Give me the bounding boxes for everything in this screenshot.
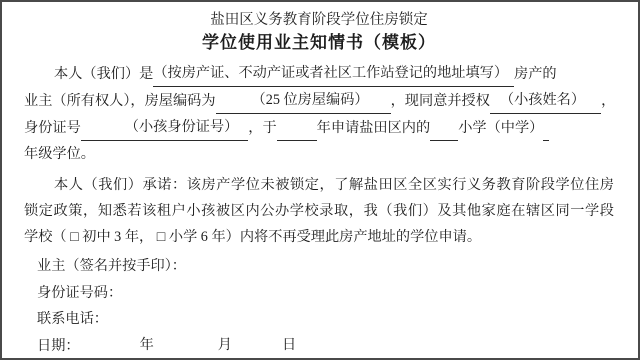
statement-text: 业主（所有权人），房屋编码为: [24, 88, 216, 114]
form-line: 业主（所有权人），房屋编码为 （25 位房屋编码） ，现同意并授权 （小孩姓名）…: [24, 87, 614, 114]
date-line: 日期： 年 月 日: [37, 333, 614, 360]
form-line: 身份证号 （小孩身份证号） ，于 年申请盐田区内的 小学（中学）: [24, 114, 614, 141]
year-label: 年: [140, 332, 154, 359]
date-fill-line: 年 月 日: [80, 338, 327, 359]
statement-text: ，于: [248, 115, 276, 141]
phone-label: 联系电话：: [37, 306, 614, 333]
child-id-hint: （小孩身份证号）: [125, 114, 239, 141]
blank-child-name-field: [490, 96, 500, 114]
day-label: 日: [282, 332, 296, 359]
blank-child-id-field: [81, 123, 125, 141]
blank-year-field: [277, 123, 317, 141]
form-line: 本人（我们）是 （按房产证、不动产证或者社区工作站登记的地址填写） 房产的: [24, 60, 614, 87]
form-line: 本人（我们）承诺：该房产学位未被锁定，了解盐田区全区实行义务教育阶段学位住房: [24, 172, 614, 198]
form-document: 盐田区义务教育阶段学位住房锁定 学位使用业主知情书（模板） 本人（我们）是 （按…: [0, 0, 640, 360]
form-line: 年级学位。: [24, 141, 614, 167]
statement-text: 初中 3 年，: [82, 229, 153, 245]
paragraph-owner-statement: 本人（我们）是 （按房产证、不动产证或者社区工作站登记的地址填写） 房产的 业主…: [24, 60, 614, 167]
address-fill-hint: （按房产证、不动产证或者社区工作站登记的地址填写）: [153, 60, 508, 87]
form-line: 学校（ □ 初中 3 年， □ 小学 6 年）内将不再受理此房产地址的学位申请。: [24, 224, 614, 250]
statement-text: ，: [601, 88, 615, 114]
statement-text: 房产的: [514, 61, 557, 87]
blank-house-code-field: [369, 96, 391, 114]
blank-child-id-field: [238, 123, 248, 141]
statement-text: 本人（我们）是: [54, 61, 153, 87]
checkbox-junior-school-icon: □: [70, 229, 79, 245]
form-line: 锁定政策，知悉若该租户小孩被区内公办学校录取，我（我们）及其他家庭在辖区同一学段: [24, 198, 614, 224]
statement-text: 小学 6 年）内将不再受理此房产地址的学位申请。: [169, 229, 481, 245]
statement-text: 学校（: [24, 229, 67, 245]
checkbox-primary-school-icon: □: [157, 229, 166, 245]
statement-text: 小学（中学）: [458, 115, 543, 141]
signature-block: 业主（签名并按手印）： 身份证号码： 联系电话： 日期： 年 月 日: [37, 253, 614, 359]
month-label: 月: [218, 332, 232, 359]
house-code-hint: （25 位房屋编码）: [252, 87, 369, 114]
paragraph-owner-promise: 本人（我们）承诺：该房产学位未被锁定，了解盐田区全区实行义务教育阶段学位住房 锁…: [24, 172, 614, 250]
statement-text: ，现同意并授权: [391, 88, 490, 114]
statement-text: 年申请盐田区内的: [317, 115, 431, 141]
form-header-title: 盐田区义务教育阶段学位住房锁定: [24, 10, 614, 30]
owner-signature-label: 业主（签名并按手印）：: [37, 253, 614, 280]
blank-child-name-field: [585, 96, 601, 114]
date-label: 日期：: [37, 333, 80, 360]
statement-text: 身份证号: [24, 115, 81, 141]
blank-grade-field: [543, 123, 549, 141]
blank-school-name-field: [430, 123, 458, 141]
blank-house-code-field: [216, 96, 252, 114]
child-name-hint: （小孩姓名）: [500, 87, 585, 114]
form-title: 学位使用业主知情书（模板）: [24, 30, 614, 56]
id-number-label: 身份证号码：: [37, 280, 614, 307]
